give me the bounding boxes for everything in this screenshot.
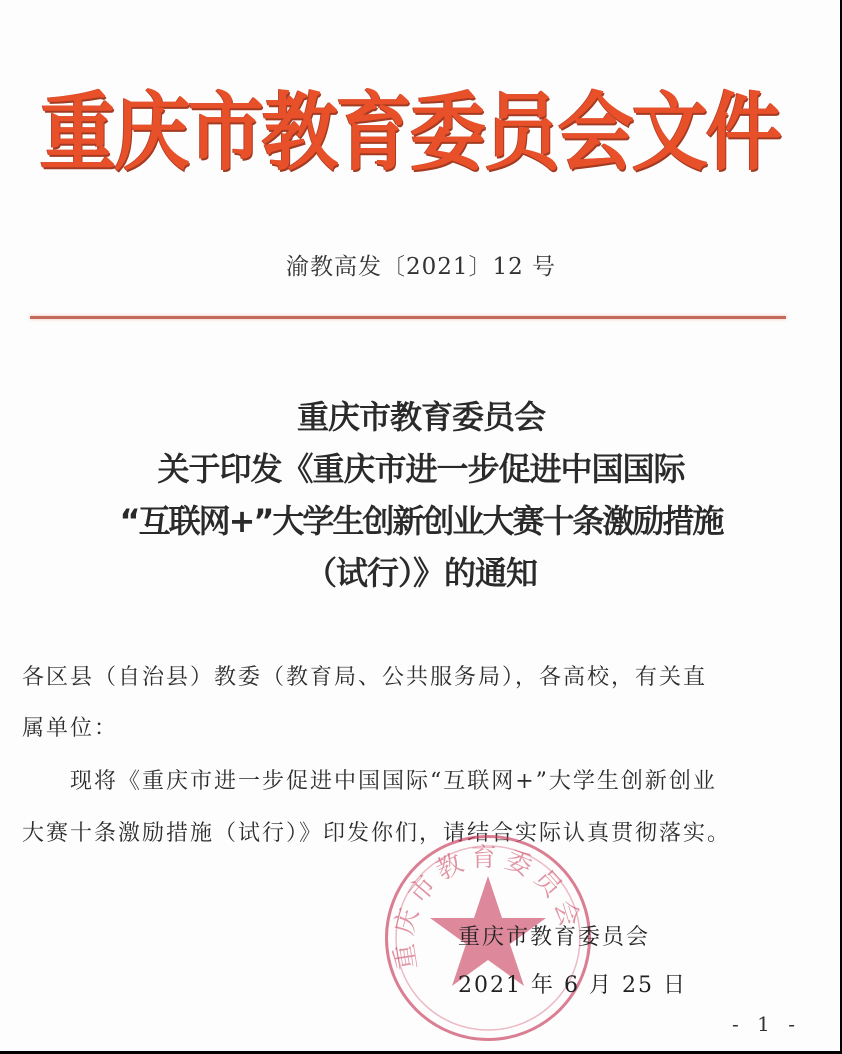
page-number: - 1 -: [732, 1012, 801, 1036]
notice-title-line-3: “互联网+”大学生创新创业大赛十条激励措施: [0, 496, 842, 542]
document-number: 渝教高发〔2021〕12 号: [0, 248, 842, 281]
red-divider-rule: [30, 316, 786, 319]
document-masthead: 重庆市教育委员会文件: [40, 63, 780, 186]
body-paragraph-line-1: 现将《重庆市进一步促进中国国际“互联网+”大学生创新创业: [70, 764, 717, 795]
issue-date: 2021 年 6 月 25 日: [458, 968, 687, 999]
addressee-line-1: 各区县（自治县）教委（教育局、公共服务局），各高校，有关直: [22, 660, 707, 691]
issuer-signature: 重庆市教育委员会: [458, 920, 650, 951]
notice-title-line-1: 重庆市教育委员会: [0, 392, 842, 438]
body-paragraph-line-2: 大赛十条激励措施（试行）》印发你们，请结合实际认真贯彻落实。: [22, 816, 731, 847]
addressee-line-2: 属单位：: [22, 711, 118, 742]
notice-title-line-4: （试行）》的通知: [0, 548, 842, 594]
notice-title-line-2: 关于印发《重庆市进一步促进中国国际: [0, 444, 842, 490]
